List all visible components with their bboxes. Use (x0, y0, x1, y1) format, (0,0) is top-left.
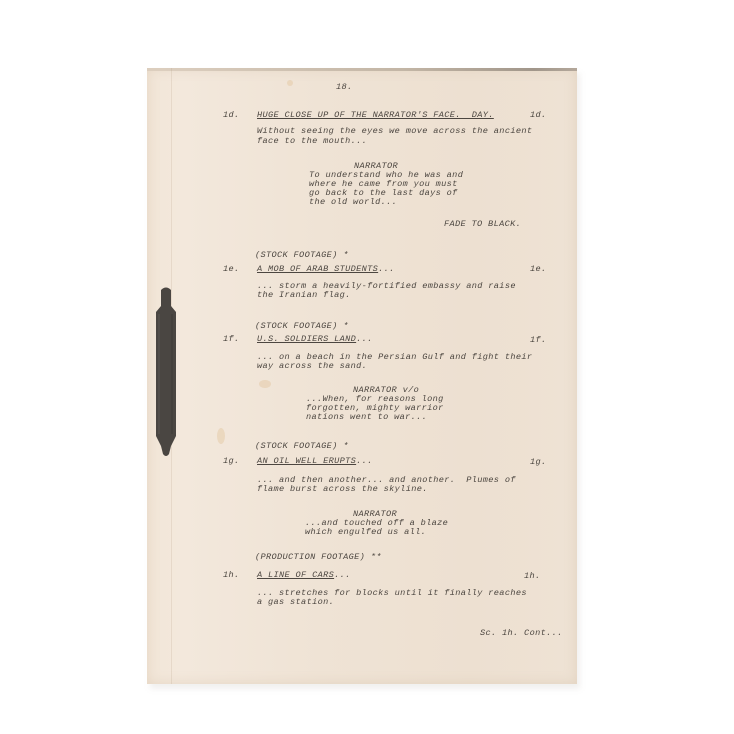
dialogue-line: the old world... (309, 197, 397, 208)
paper-stain (287, 80, 293, 86)
scene-heading: A MOB OF ARAB STUDENTS... (257, 264, 395, 275)
scene-heading-text: U.S. SOLDIERS LAND (257, 334, 356, 344)
scene-number-right: 1e. (530, 264, 547, 275)
paper-stain (217, 428, 225, 444)
footage-note: (STOCK FOOTAGE) * (255, 321, 349, 332)
script-page: 18. 1d. HUGE CLOSE UP OF THE NARRATOR'S … (147, 68, 577, 684)
continued-marker: Sc. 1h. Cont... (480, 628, 563, 639)
scene-number-left: 1e. (223, 264, 240, 275)
action-line: way across the sand. (257, 361, 367, 372)
scene-heading: A LINE OF CARS... (257, 570, 351, 581)
scene-number-right: 1g. (530, 457, 547, 468)
action-line: flame burst across the skyline. (257, 484, 428, 495)
scene-number-right: 1f. (530, 335, 547, 346)
transition: FADE TO BLACK. (444, 219, 521, 230)
page-number: 18. (336, 82, 353, 93)
scene-heading: HUGE CLOSE UP OF THE NARRATOR'S FACE. DA… (257, 110, 494, 121)
binding-slot-icon (153, 286, 179, 458)
footage-note: (PRODUCTION FOOTAGE) ** (255, 552, 382, 563)
scene-number-left: 1f. (223, 334, 240, 345)
scene-heading-ellipsis: ... (356, 334, 373, 344)
scene-heading-ellipsis: ... (356, 456, 373, 466)
footage-note: (STOCK FOOTAGE) * (255, 441, 349, 452)
scene-heading-ellipsis: ... (334, 570, 351, 580)
scene-heading-ellipsis: ... (378, 264, 395, 274)
action-line: the Iranian flag. (257, 290, 351, 301)
dialogue-line: which engulfed us all. (305, 527, 426, 538)
action-line: a gas station. (257, 597, 334, 608)
scene-number-left: 1h. (223, 570, 240, 581)
scene-number-right: 1d. (530, 110, 547, 121)
action-line: face to the mouth... (257, 136, 367, 147)
scene-number-left: 1g. (223, 456, 240, 467)
scene-heading: U.S. SOLDIERS LAND... (257, 334, 373, 345)
scene-heading: AN OIL WELL ERUPTS... (257, 456, 373, 467)
scene-heading-text: A LINE OF CARS (257, 570, 334, 580)
scene-number-left: 1d. (223, 110, 240, 121)
dialogue-line: nations went to war... (306, 412, 427, 423)
scene-heading-text: A MOB OF ARAB STUDENTS (257, 264, 378, 274)
paper-stain (259, 380, 271, 388)
scene-heading-text: AN OIL WELL ERUPTS (257, 456, 356, 466)
footage-note: (STOCK FOOTAGE) * (255, 250, 349, 261)
scene-number-right: 1h. (524, 571, 541, 582)
